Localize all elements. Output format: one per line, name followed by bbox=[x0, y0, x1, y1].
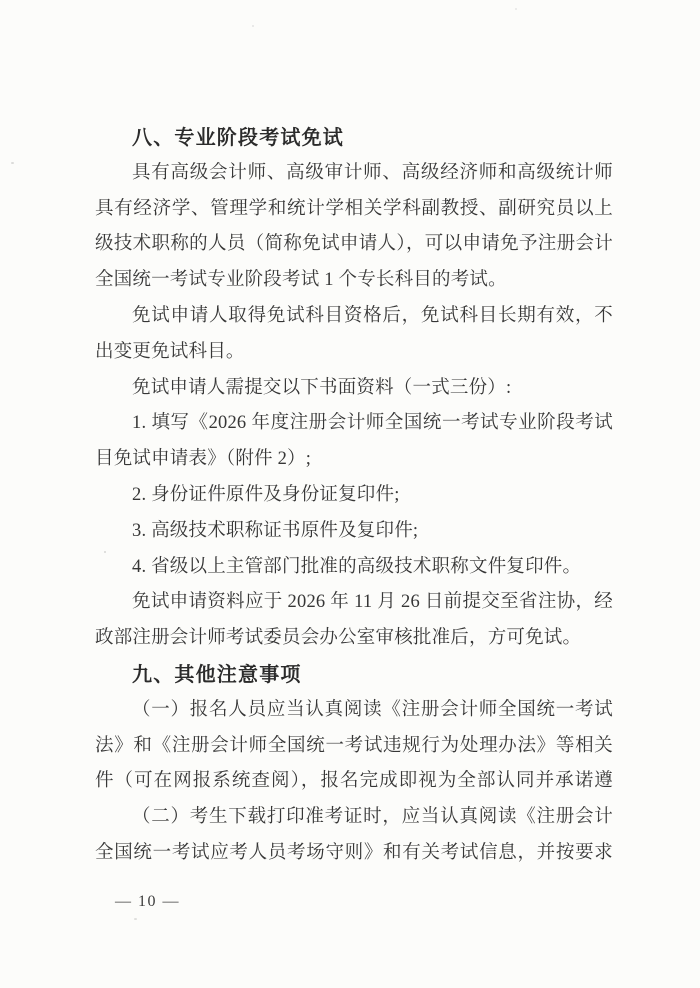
body-text-line: 免试申请资料应于 2026 年 11 月 26 日前提交至省注协，经财 bbox=[95, 585, 613, 621]
body-text-line: 全国统一考试应考人员考场守则》和有关考试信息，并按要求和 bbox=[95, 836, 613, 872]
scan-artifact-speck bbox=[252, 25, 254, 27]
body-text-line: 政部注册会计师考试委员会办公室审核批准后，方可免试。 bbox=[95, 621, 613, 657]
section-8-heading: 八、专业阶段考试免试 bbox=[95, 120, 613, 156]
document-body: 八、专业阶段考试免试 具有高级会计师、高级审计师、高级经济师和高级统计师或 具有… bbox=[95, 120, 613, 872]
scan-artifact-speck bbox=[134, 918, 137, 920]
body-text-line: 具有经济学、管理学和统计学相关学科副教授、副研究员以上高 bbox=[95, 192, 613, 228]
list-item-2-line: 2. 身份证件原件及身份证复印件; bbox=[95, 478, 613, 514]
list-item-1-line: 目免试申请表》（附件 2）; bbox=[95, 442, 613, 478]
body-text-line: 免试申请人需提交以下书面资料（一式三份）: bbox=[95, 371, 613, 407]
page-number: — 10 — bbox=[115, 890, 180, 914]
body-text-line: （二）考生下载打印准考证时，应当认真阅读《注册会计师 bbox=[95, 800, 613, 836]
list-item-3-line: 3. 高级技术职称证书原件及复印件; bbox=[95, 514, 613, 550]
body-text-line: 免试申请人取得免试科目资格后，免试科目长期有效，不得提 bbox=[95, 299, 613, 335]
scan-artifact-speck bbox=[11, 162, 14, 164]
body-text-line: （一）报名人员应当认真阅读《注册会计师全国统一考试办 bbox=[95, 693, 613, 729]
body-text-line: 级技术职称的人员（简称免试申请人），可以申请免予注册会计师 bbox=[95, 227, 613, 263]
body-text-line: 件（可在网报系统查阅），报名完成即视为全部认同并承诺遵守。 bbox=[95, 764, 613, 800]
scan-artifact-speck bbox=[515, 8, 517, 10]
scanned-document-page: 八、专业阶段考试免试 具有高级会计师、高级审计师、高级经济师和高级统计师或 具有… bbox=[0, 0, 700, 988]
body-text-line: 法》和《注册会计师全国统一考试违规行为处理办法》等相关文 bbox=[95, 729, 613, 765]
body-text-line: 具有高级会计师、高级审计师、高级经济师和高级统计师或 bbox=[95, 156, 613, 192]
list-item-4-line: 4. 省级以上主管部门批准的高级技术职称文件复印件。 bbox=[95, 550, 613, 586]
scan-artifact-speck bbox=[104, 551, 106, 553]
body-text-line: 出变更免试科目。 bbox=[95, 335, 613, 371]
list-item-1-line: 1. 填写《2026 年度注册会计师全国统一考试专业阶段考试科 bbox=[95, 406, 613, 442]
section-9-heading: 九、其他注意事项 bbox=[95, 657, 613, 693]
body-text-line: 全国统一考试专业阶段考试 1 个专长科目的考试。 bbox=[95, 263, 613, 299]
